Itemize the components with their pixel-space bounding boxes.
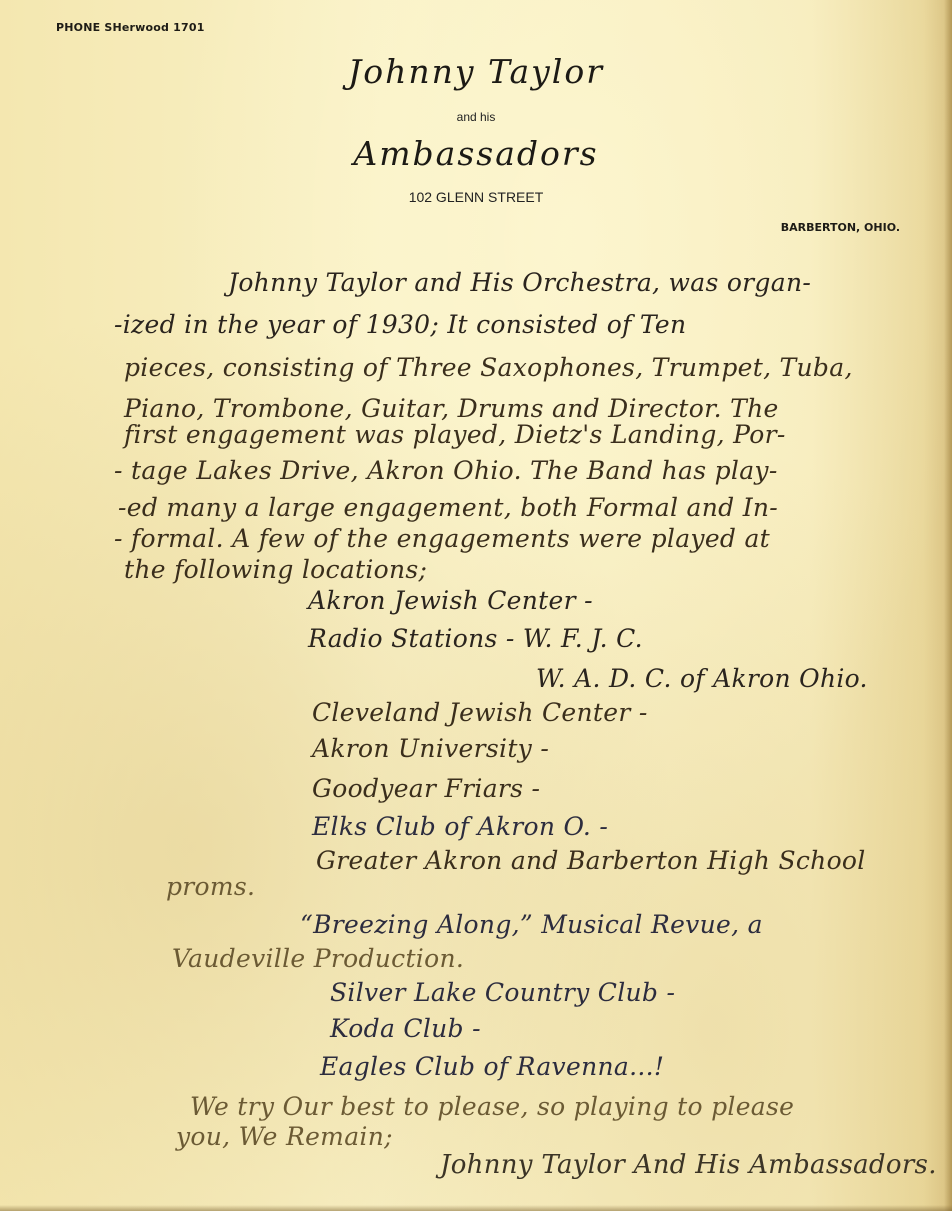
body-line: - tage Lakes Drive, Akron Ohio. The Band…	[114, 456, 778, 485]
location-item: “Breezing Along,” Musical Revue, a	[300, 910, 763, 939]
location-item: Akron Jewish Center -	[308, 586, 593, 615]
location-item: Akron University -	[312, 734, 549, 763]
location-item: Radio Stations - W. F. J. C.	[308, 624, 643, 653]
location-item: Koda Club -	[330, 1014, 481, 1043]
letterhead-and-his: and his	[0, 110, 952, 124]
location-item: Silver Lake Country Club -	[330, 978, 675, 1007]
location-item: Greater Akron and Barberton High School	[316, 846, 866, 875]
body-line: pieces, consisting of Three Saxophones, …	[124, 353, 853, 382]
letterhead-phone: PHONE SHerwood 1701	[56, 21, 205, 34]
location-item: Eagles Club of Ravenna...!	[320, 1052, 664, 1081]
closing-line: We try Our best to please, so playing to…	[190, 1092, 794, 1121]
paper-edge-shadow	[944, 0, 952, 1211]
signature: Johnny Taylor And His Ambassadors.	[440, 1150, 937, 1180]
letterhead-band: Ambassadors	[0, 134, 952, 173]
letterhead-street: 102 GLENN STREET	[0, 189, 952, 205]
location-item: Elks Club of Akron O. -	[312, 812, 608, 841]
location-item: proms.	[166, 872, 255, 901]
body-line: -ed many a large engagement, both Formal…	[118, 493, 778, 522]
location-item: Cleveland Jewish Center -	[312, 698, 648, 727]
body-line: Johnny Taylor and His Orchestra, was org…	[228, 268, 811, 297]
body-line: -ized in the year of 1930; It consisted …	[114, 310, 686, 339]
letterhead-city: BARBERTON, OHIO.	[781, 221, 900, 234]
body-line: the following locations;	[124, 555, 427, 584]
body-line: Piano, Trombone, Guitar, Drums and Direc…	[124, 394, 779, 423]
closing-line: you, We Remain;	[176, 1122, 393, 1151]
body-line: - formal. A few of the engagements were …	[114, 524, 770, 553]
location-item: Vaudeville Production.	[172, 944, 464, 973]
location-item: Goodyear Friars -	[312, 774, 540, 803]
letter-page: PHONE SHerwood 1701 Johnny Taylor and hi…	[0, 0, 952, 1211]
body-line: first engagement was played, Dietz's Lan…	[124, 420, 786, 449]
letterhead-name: Johnny Taylor	[0, 52, 952, 91]
paper-bottom-shadow	[0, 1205, 952, 1211]
location-item: W. A. D. C. of Akron Ohio.	[536, 664, 868, 693]
